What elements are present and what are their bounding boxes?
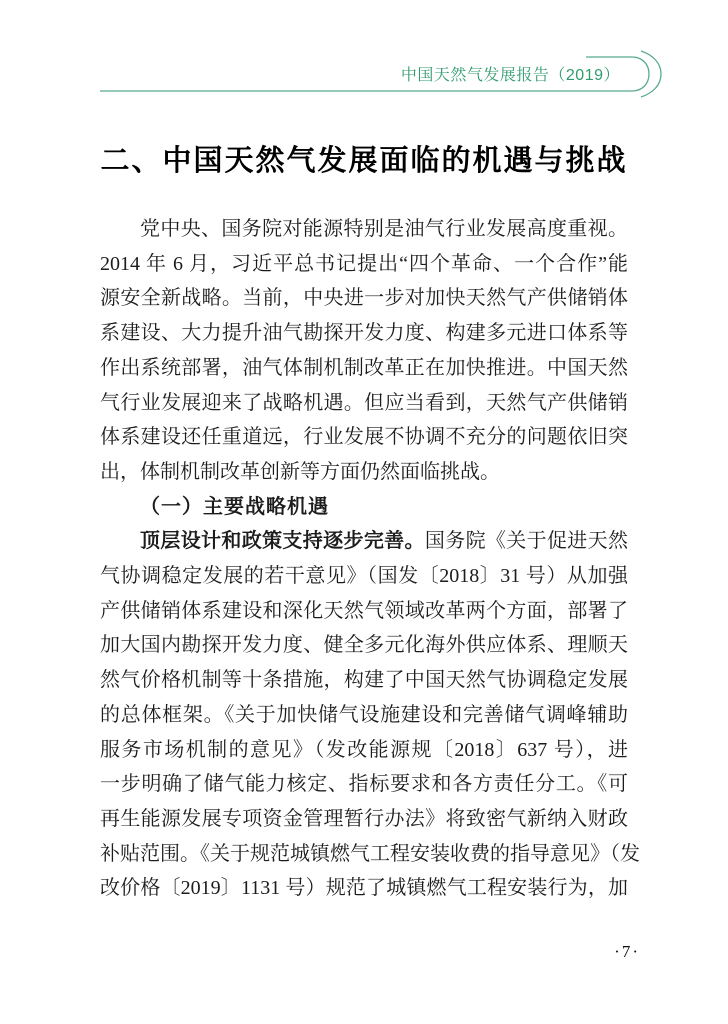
- body-line: 体系建设还任重道远，行业发展不协调不充分的问题依旧突: [100, 420, 628, 455]
- emphasis-lead: 顶层设计和政策支持逐步完善。: [140, 530, 425, 552]
- body-text: 党中央、国务院对能源特别是油气行业发展高度重视。 2014 年 6 月，习近平总…: [100, 212, 628, 906]
- subsection-heading: （一）主要战略机遇: [100, 490, 628, 525]
- page-number: ·7·: [614, 942, 640, 962]
- running-head-title: 中国天然气发展报告（2019）: [401, 62, 620, 85]
- body-line: 然气价格机制等十条措施，构建了中国天然气协调稳定发展: [100, 663, 628, 698]
- body-line: 出，体制机制改革创新等方面仍然面临挑战。: [100, 455, 628, 490]
- body-line: 改价格〔2019〕1131 号）规范了城镇燃气工程安装行为，加: [100, 871, 628, 906]
- body-line: 的总体框架。《关于加快储气设施建设和完善储气调峰辅助: [100, 698, 628, 733]
- document-page: 中国天然气发展报告（2019） 二、中国天然气发展面临的机遇与挑战 党中央、国务…: [0, 0, 728, 1024]
- body-line: 加大国内勘探开发力度、健全多元化海外供应体系、理顺天: [100, 628, 628, 663]
- body-line: 补贴范围。《关于规范城镇燃气工程安装收费的指导意见》（发: [100, 837, 628, 872]
- body-line: 作出系统部署，油气体制机制改革正在加快推进。中国天然: [100, 351, 628, 386]
- section-title: 二、中国天然气发展面临的机遇与挑战: [0, 138, 728, 179]
- body-line-text: 国务院《关于促进天然: [425, 530, 628, 552]
- body-line: 一步明确了储气能力核定、指标要求和各方责任分工。《可: [100, 767, 628, 802]
- body-line: 再生能源发展专项资金管理暂行办法》将致密气新纳入财政: [100, 802, 628, 837]
- body-line: 顶层设计和政策支持逐步完善。国务院《关于促进天然: [100, 524, 628, 559]
- body-line: 气行业发展迎来了战略机遇。但应当看到，天然气产供储销: [100, 386, 628, 421]
- page-header: 中国天然气发展报告（2019）: [100, 46, 666, 108]
- body-line: 服务市场机制的意见》（发改能源规〔2018〕637 号），进: [100, 733, 628, 768]
- body-line: 党中央、国务院对能源特别是油气行业发展高度重视。: [100, 212, 628, 247]
- body-line: 2014 年 6 月，习近平总书记提出“四个革命、一个合作”能: [100, 247, 628, 282]
- body-line: 产供储销体系建设和深化天然气领域改革两个方面，部署了: [100, 594, 628, 629]
- body-line: 系建设、大力提升油气勘探开发力度、构建多元进口体系等: [100, 316, 628, 351]
- body-line: 源安全新战略。当前，中央进一步对加快天然气产供储销体: [100, 281, 628, 316]
- body-line: 气协调稳定发展的若干意见》（国发〔2018〕31 号）从加强: [100, 559, 628, 594]
